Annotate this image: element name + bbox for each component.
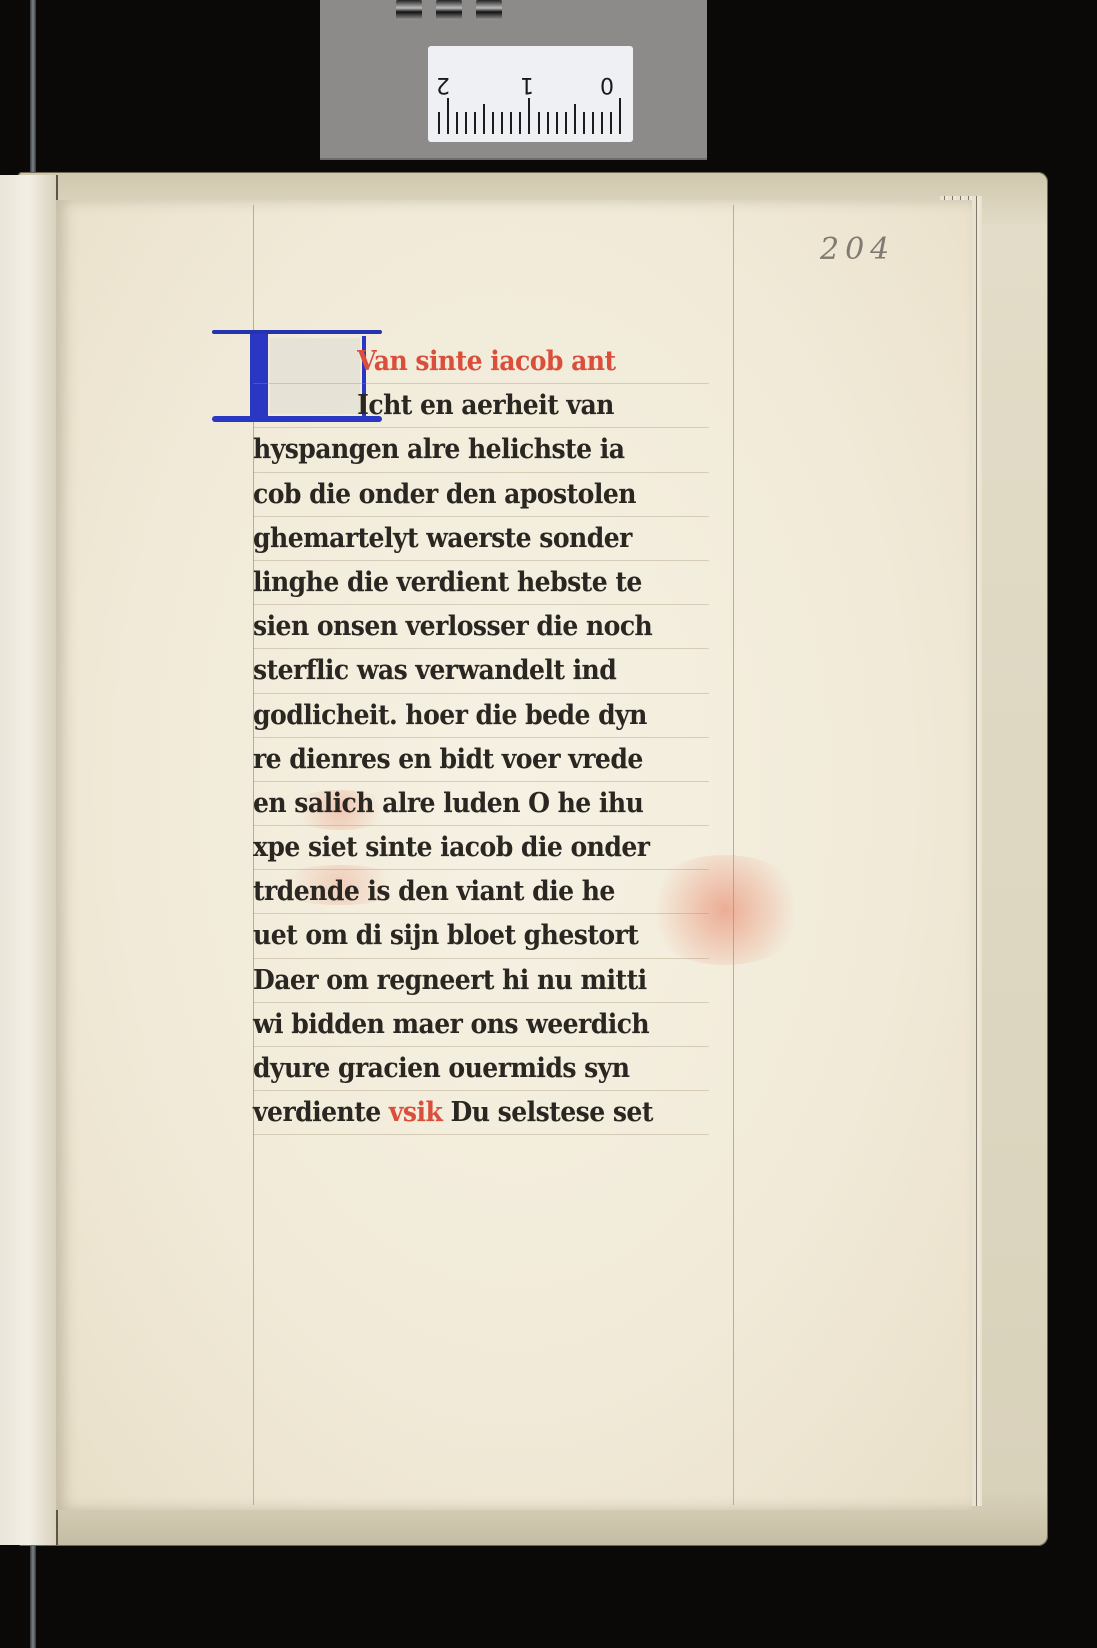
text-block: Van sinte iacob ant Icht en aerheit van … bbox=[253, 340, 743, 1135]
text-line-last: verdiente vsik Du selstese set bbox=[253, 1091, 709, 1135]
ruler-label: 0 bbox=[600, 72, 614, 97]
text-line: sien onsen verlosser die noch bbox=[253, 605, 709, 649]
ruler-label: 1 bbox=[520, 72, 534, 97]
text-fragment: Du selstese set bbox=[451, 1097, 653, 1128]
text-line: cob die onder den apostolen bbox=[253, 473, 709, 517]
text-line: en salich alre luden O he ihu bbox=[253, 782, 709, 826]
text-line: linghe die verdient hebste te bbox=[253, 561, 709, 605]
text-line: re dienres en bidt voer vrede bbox=[253, 738, 709, 782]
text-line: hyspangen alre helichste ia bbox=[253, 428, 709, 472]
folio-number: 204 bbox=[820, 232, 895, 267]
text-line: godlicheit. hoer die bede dyn bbox=[253, 694, 709, 738]
clamp bbox=[436, 0, 462, 20]
text-line: ghemartelyt waerste sonder bbox=[253, 517, 709, 561]
text-line: trdende is den viant die he bbox=[253, 870, 709, 914]
text-line: wi bidden maer ons weerdich bbox=[253, 1003, 709, 1047]
rubric-heading: Van sinte iacob ant bbox=[253, 340, 709, 384]
text-line: Daer om regneert hi nu mitti bbox=[253, 959, 709, 1003]
text-line: dyure gracien ouermids syn bbox=[253, 1047, 709, 1091]
clamp bbox=[476, 0, 502, 20]
text-line: sterflic was verwandelt ind bbox=[253, 649, 709, 693]
ruler-label: 2 bbox=[436, 72, 450, 97]
text-line: Icht en aerheit van bbox=[253, 384, 709, 428]
ruler-ticks bbox=[438, 98, 621, 134]
left-page-edge bbox=[0, 175, 58, 1545]
text-line: uet om di sijn bloet ghestort bbox=[253, 914, 709, 958]
clamp bbox=[396, 0, 422, 20]
text-line: xpe siet sinte iacob die onder bbox=[253, 826, 709, 870]
rubric-versicle: vsik bbox=[389, 1097, 442, 1128]
scale-ruler: 2 1 0 bbox=[428, 46, 633, 142]
text-fragment: verdiente bbox=[253, 1097, 381, 1128]
